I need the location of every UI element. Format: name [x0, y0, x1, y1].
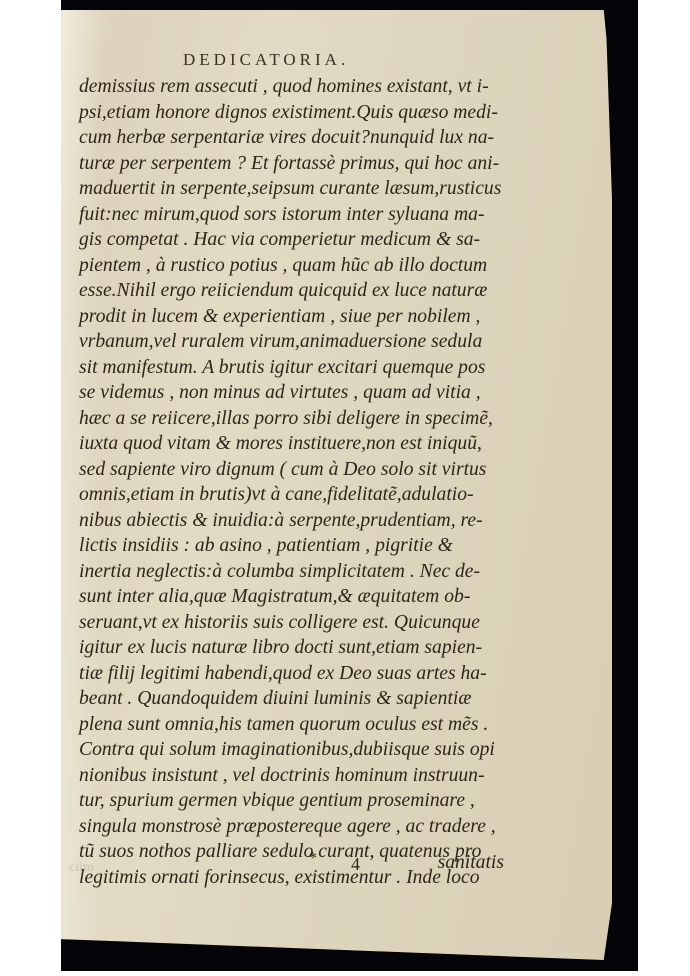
- text-line: sed sapiente viro dignum ( cum à Deo sol…: [79, 457, 504, 483]
- text-line: tiæ filij legitimi habendi,quod ex Deo s…: [79, 661, 504, 687]
- text-line: demissius rem assecuti , quod homines ex…: [79, 74, 504, 100]
- body-text: demissius rem assecuti , quod homines ex…: [79, 74, 504, 890]
- text-line: prodit in lucem & experientiam , siue pe…: [79, 304, 504, 330]
- text-line: turæ per serpentem ? Et fortassè primus,…: [79, 151, 504, 177]
- book-page: DEDICATORIA. demissius rem assecuti , qu…: [61, 10, 612, 960]
- page-number: 4: [351, 854, 360, 875]
- text-line: inertia neglectis:à columba simplicitate…: [79, 559, 504, 585]
- text-line: sit manifestum. A brutis igitur excitari…: [79, 355, 504, 381]
- text-line: maduertit in serpente,seipsum curante læ…: [79, 176, 504, 202]
- catchword: sanitatis: [438, 852, 504, 874]
- text-line: sunt inter alia,quæ Magistratum,& æquita…: [79, 584, 504, 610]
- text-line: gis competat . Hac via comperietur medic…: [79, 227, 504, 253]
- text-line: singula monstrosè præpostereque agere , …: [79, 814, 504, 840]
- page-footer: * — 4 sanitatis: [79, 852, 504, 878]
- text-line: tur, spurium germen vbique gentium prose…: [79, 788, 504, 814]
- text-line: lictis insidiis : ab asino , patientiam …: [79, 533, 504, 559]
- signature-mark: *: [309, 850, 317, 868]
- text-line: plena sunt omnia,his tamen quorum oculus…: [79, 712, 504, 738]
- text-line: seruant,vt ex historiis suis colligere e…: [79, 610, 504, 636]
- text-line: pientem , à rustico potius , quam hũc ab…: [79, 253, 504, 279]
- running-head: DEDICATORIA.: [183, 50, 383, 70]
- text-line: nionibus insistunt , vel doctrinis homin…: [79, 763, 504, 789]
- text-line: psi,etiam honore dignos existiment.Quis …: [79, 100, 504, 126]
- text-line: cum herbæ serpentariæ vires docuit?nunqu…: [79, 125, 504, 151]
- text-line: iuxta quod vitam & mores instituere,non …: [79, 431, 504, 457]
- text-line: igitur ex lucis naturæ libro docti sunt,…: [79, 635, 504, 661]
- text-line: vrbanum,vel ruralem virum,animaduersione…: [79, 329, 504, 355]
- text-line: beant . Quandoquidem diuini luminis & sa…: [79, 686, 504, 712]
- text-line: Contra qui solum imaginationibus,dubiisq…: [79, 737, 504, 763]
- text-line: nibus abiectis & inuidia:à serpente,prud…: [79, 508, 504, 534]
- text-line: fuit:nec mirum,quod sors istorum inter s…: [79, 202, 504, 228]
- text-line: omnis,etiam in brutis)vt à cane,fidelita…: [79, 482, 504, 508]
- text-line: esse.Nihil ergo reiiciendum quicquid ex …: [79, 278, 504, 304]
- text-line: se videmus , non minus ad virtutes , qua…: [79, 380, 504, 406]
- text-line: hæc a se reiicere,illas porro sibi delig…: [79, 406, 504, 432]
- scan-background: DEDICATORIA. demissius rem assecuti , qu…: [61, 0, 638, 971]
- signature-dash: —: [311, 870, 321, 881]
